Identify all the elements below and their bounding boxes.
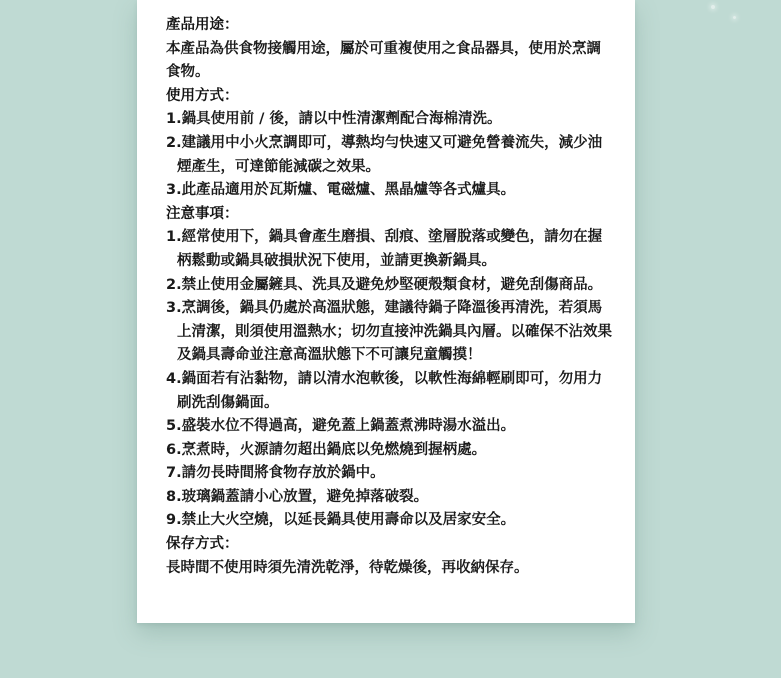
list-item: 3.此產品適用於瓦斯爐、電磁爐、黑晶爐等各式爐具。 — [166, 179, 626, 203]
list-item: 1.鍋具使用前 / 後，請以中性清潔劑配合海棉清洗。 — [166, 108, 626, 132]
product-info-content: 產品用途： 本產品為供食物接觸用途，屬於可重複使用之食品器具，使用於烹調食物。 … — [166, 14, 626, 580]
section-precautions: 注意事項： 1.經常使用下，鍋具會產生磨損、刮痕、塗層脫落或變色，請勿在握柄鬆動… — [166, 203, 626, 533]
list-item: 5.盛裝水位不得過高，避免蓋上鍋蓋煮沸時湯水溢出。 — [166, 415, 626, 439]
section-heading: 注意事項： — [166, 203, 626, 227]
product-info-card: 產品用途： 本產品為供食物接觸用途，屬於可重複使用之食品器具，使用於烹調食物。 … — [137, 0, 635, 623]
list-item: 7.請勿長時間將食物存放於鍋中。 — [166, 462, 626, 486]
section-heading: 保存方式： — [166, 533, 626, 557]
section-heading: 使用方式： — [166, 85, 626, 109]
list-item: 1.經常使用下，鍋具會產生磨損、刮痕、塗層脫落或變色，請勿在握柄鬆動或鍋具破損狀… — [166, 226, 613, 273]
list-item: 9.禁止大火空燒，以延長鍋具使用壽命以及居家安全。 — [166, 509, 626, 533]
list-item: 3.烹調後，鍋具仍處於高溫狀態，建議待鍋子降溫後再清洗，若須馬上清潔，則須使用溫… — [166, 297, 613, 368]
list-item: 6.烹煮時，火源請勿超出鍋底以免燃燒到握柄處。 — [166, 439, 626, 463]
list-item: 2.建議用中小火烹調即可，導熱均勻快速又可避免營養流失，減少油煙產生，可達節能減… — [166, 132, 613, 179]
background-sparkle — [733, 16, 736, 19]
list-item: 4.鍋面若有沾黏物，請以清水泡軟後，以軟性海綿輕刷即可，勿用力刷洗刮傷鍋面。 — [166, 368, 613, 415]
section-product-usage: 產品用途： 本產品為供食物接觸用途，屬於可重複使用之食品器具，使用於烹調食物。 — [166, 14, 626, 85]
section-storage: 保存方式： 長時間不使用時須先清洗乾淨，待乾燥後，再收納保存。 — [166, 533, 626, 580]
list-item: 2.禁止使用金屬鏟具、洗具及避免炒堅硬殼類食材，避免刮傷商品。 — [166, 274, 626, 298]
section-heading: 產品用途： — [166, 14, 626, 38]
section-paragraph: 長時間不使用時須先清洗乾淨，待乾燥後，再收納保存。 — [166, 557, 626, 581]
section-paragraph: 本產品為供食物接觸用途，屬於可重複使用之食品器具，使用於烹調食物。 — [166, 38, 602, 85]
section-how-to-use: 使用方式： 1.鍋具使用前 / 後，請以中性清潔劑配合海棉清洗。 2.建議用中小… — [166, 85, 626, 203]
background-sparkle — [711, 5, 715, 9]
list-item: 8.玻璃鍋蓋請小心放置，避免掉落破裂。 — [166, 486, 626, 510]
